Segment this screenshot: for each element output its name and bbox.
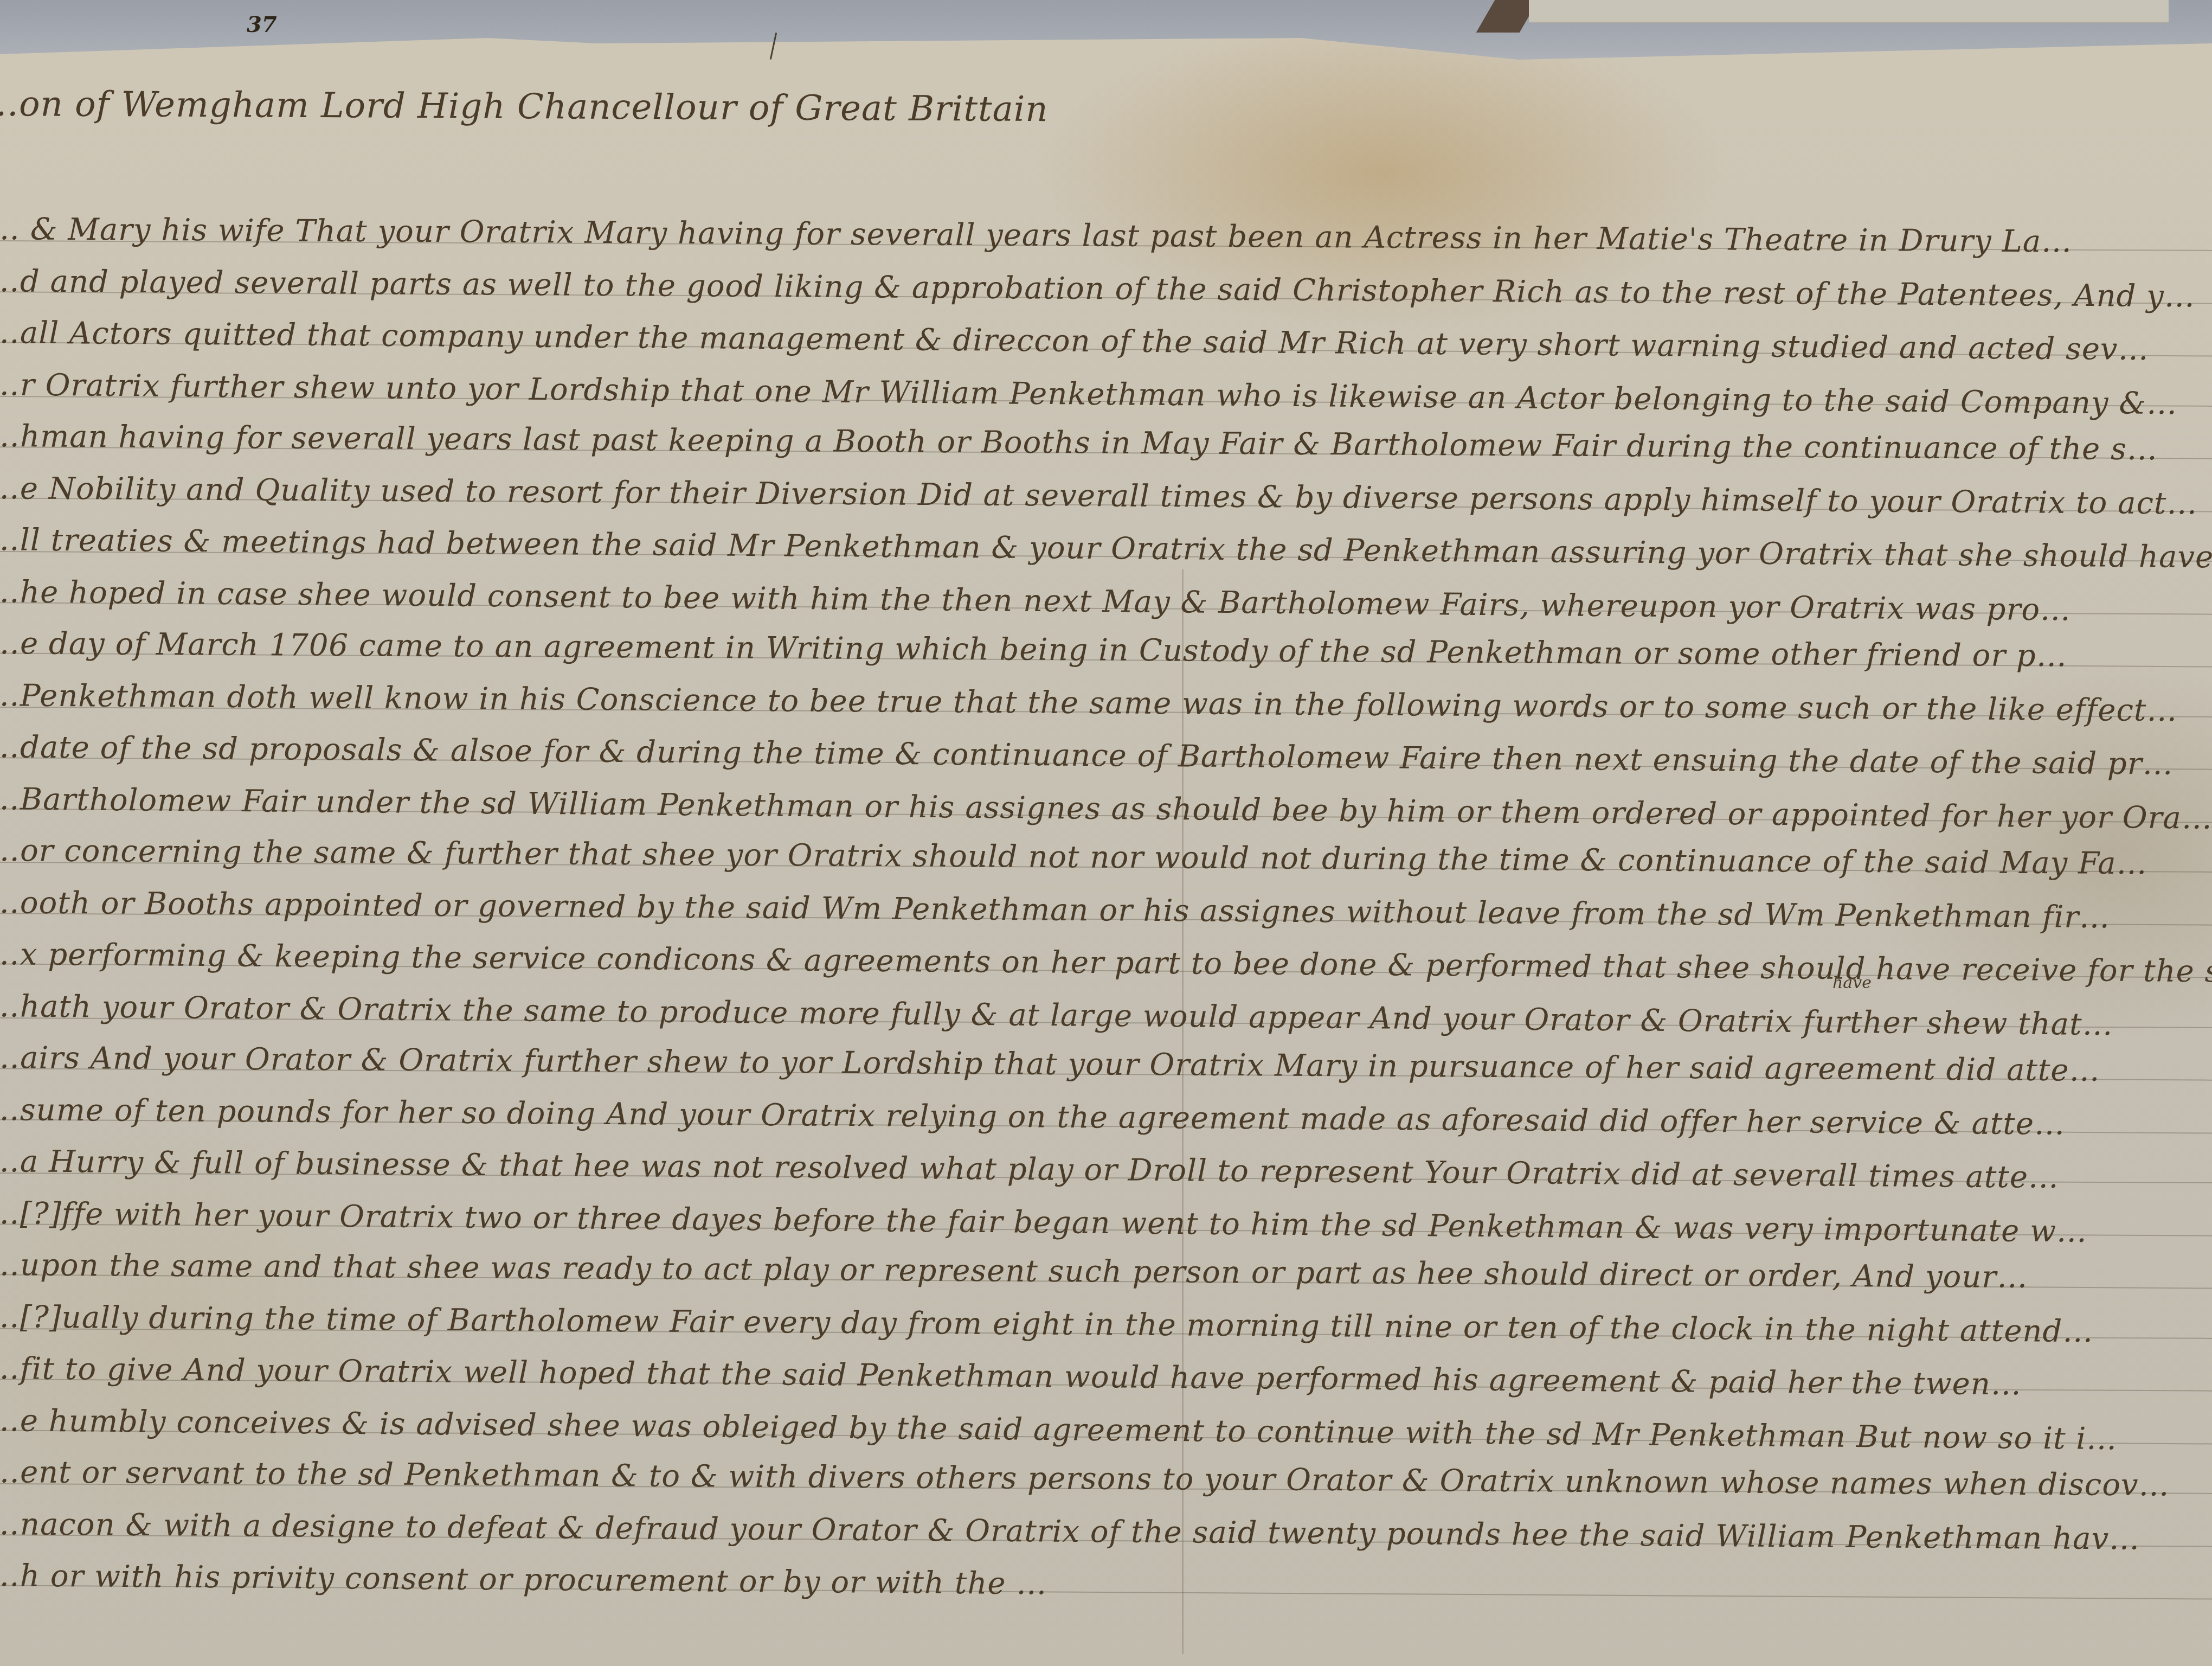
folded-edge-strip (1529, 0, 2169, 23)
manuscript-photo: 37 …on of Wemgham Lord High Chancellour … (0, 0, 2212, 1666)
document-heading: …on of Wemgham Lord High Chancellour of … (0, 84, 1049, 130)
folio-number: 37 (247, 12, 277, 37)
interlinear-insertion: have (1832, 973, 1872, 992)
